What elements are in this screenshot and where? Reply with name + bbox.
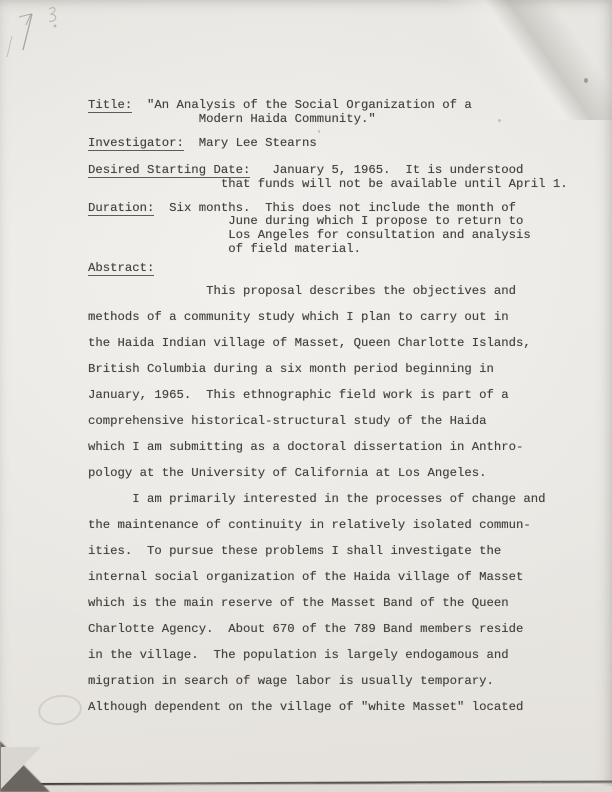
paper-speck bbox=[584, 78, 588, 83]
field-investigator-line: Investigator: Mary Lee Stearns bbox=[88, 137, 598, 151]
field-duration-continuation: June during which I propose to return to bbox=[88, 215, 598, 229]
scan-background-strip bbox=[0, 786, 612, 792]
field-desired-label: Desired Starting Date: bbox=[88, 163, 250, 178]
field-title: Title: "An Analysis of the Social Organi… bbox=[88, 99, 598, 126]
handwritten-pencil-marks bbox=[2, 2, 72, 62]
field-investigator: Investigator: Mary Lee Stearns bbox=[88, 137, 598, 151]
field-duration-continuation: Los Angeles for consultation and analysi… bbox=[88, 229, 598, 243]
text-line: the maintenance of continuity in relativ… bbox=[88, 512, 598, 538]
text-line: Although dependent on the village of "wh… bbox=[88, 694, 598, 720]
field-duration-line: Duration: Six months. This does not incl… bbox=[88, 202, 598, 216]
text-line: comprehensive historical-structural stud… bbox=[88, 408, 598, 434]
folded-corner-flap bbox=[1, 747, 41, 789]
field-desired-line: Desired Starting Date: January 5, 1965. … bbox=[88, 164, 598, 178]
text-line: which is the main reserve of the Masset … bbox=[88, 590, 598, 616]
page-bottom-edge-shadow bbox=[28, 780, 612, 785]
field-duration-value: Six months. This does not include the mo… bbox=[154, 201, 516, 215]
text-line: Charlotte Agency. About 670 of the 789 B… bbox=[88, 616, 598, 642]
field-investigator-label: Investigator: bbox=[88, 136, 184, 151]
paper-speck bbox=[318, 130, 320, 133]
field-desired-starting-date: Desired Starting Date: January 5, 1965. … bbox=[88, 164, 598, 191]
text-line: migration in search of wage labor is usu… bbox=[88, 668, 598, 694]
abstract-paragraph-2: I am primarily interested in the process… bbox=[88, 486, 598, 720]
abstract-body: This proposal describes the objectives a… bbox=[88, 278, 598, 720]
abstract-paragraph-1: This proposal describes the objectives a… bbox=[88, 278, 598, 486]
typed-content: Title: "An Analysis of the Social Organi… bbox=[88, 99, 598, 720]
text-line: which I am submitting as a doctoral diss… bbox=[88, 434, 598, 460]
text-line: January, 1965. This ethnographic field w… bbox=[88, 382, 598, 408]
stain-ring-mark bbox=[36, 692, 84, 728]
field-abstract: Abstract: bbox=[88, 262, 598, 276]
text-line: I am primarily interested in the process… bbox=[88, 486, 598, 512]
field-abstract-label: Abstract: bbox=[88, 261, 154, 276]
text-line: pology at the University of California a… bbox=[88, 460, 598, 486]
text-line: This proposal describes the objectives a… bbox=[88, 278, 598, 304]
field-title-value: "An Analysis of the Social Organization … bbox=[132, 98, 471, 112]
text-line: internal social organization of the Haid… bbox=[88, 564, 598, 590]
field-duration-continuation: of field material. bbox=[88, 243, 598, 257]
field-desired-continuation: that funds will not be available until A… bbox=[88, 178, 598, 192]
field-desired-value: January 5, 1965. It is understood bbox=[250, 163, 523, 177]
field-title-continuation: Modern Haida Community." bbox=[88, 113, 598, 127]
field-title-line: Title: "An Analysis of the Social Organi… bbox=[88, 99, 598, 113]
paper-speck bbox=[498, 119, 501, 122]
field-investigator-value: Mary Lee Stearns bbox=[184, 136, 317, 150]
scanned-page: Title: "An Analysis of the Social Organi… bbox=[0, 0, 612, 792]
field-title-label: Title: bbox=[88, 98, 132, 113]
text-line: ities. To pursue these problems I shall … bbox=[88, 538, 598, 564]
text-line: British Columbia during a six month peri… bbox=[88, 356, 598, 382]
text-line: in the village. The population is largel… bbox=[88, 642, 598, 668]
text-line: the Haida Indian village of Masset, Quee… bbox=[88, 330, 598, 356]
text-line: methods of a community study which I pla… bbox=[88, 304, 598, 330]
field-duration: Duration: Six months. This does not incl… bbox=[88, 202, 598, 257]
field-abstract-line: Abstract: bbox=[88, 262, 598, 276]
